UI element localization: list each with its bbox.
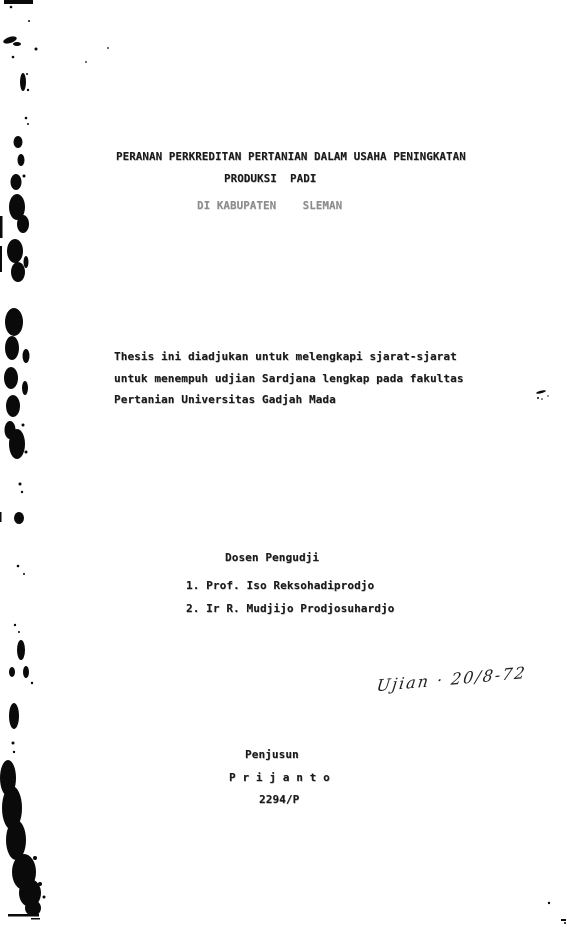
scan-artifact-blotches [0, 0, 567, 927]
examiner-item-2: 2. Ir R. Mudjijo Prodjosuhardjo [186, 602, 394, 615]
examiners-heading: Dosen Pengudji [225, 551, 319, 564]
declaration-line-3: Pertanian Universitas Gadjah Mada [114, 393, 336, 406]
scanned-thesis-title-page: PERANAN PERKREDITAN PERTANIAN DALAM USAH… [0, 0, 567, 927]
declaration-line-2: untuk menempuh udjian Sardjana lengkap p… [114, 372, 464, 385]
thesis-title-line-1: PERANAN PERKREDITAN PERTANIAN DALAM USAH… [116, 150, 466, 163]
thesis-location-line: DI KABUPATEN SLEMAN [197, 199, 342, 212]
scan-artifact-mark-right [536, 390, 549, 400]
declaration-line-1: Thesis ini diadjukan untuk melengkapi sj… [114, 350, 457, 363]
author-heading: Penjusun [245, 748, 299, 761]
author-number: 2294/P [259, 793, 299, 806]
examiner-item-1: 1. Prof. Iso Reksohadiprodjo [186, 579, 374, 592]
author-name: P r i j a n t o [229, 771, 330, 784]
handwritten-exam-date-note: Ujian · 20/8-72 [376, 663, 528, 695]
thesis-title-line-2: PRODUKSI PADI [224, 172, 316, 185]
